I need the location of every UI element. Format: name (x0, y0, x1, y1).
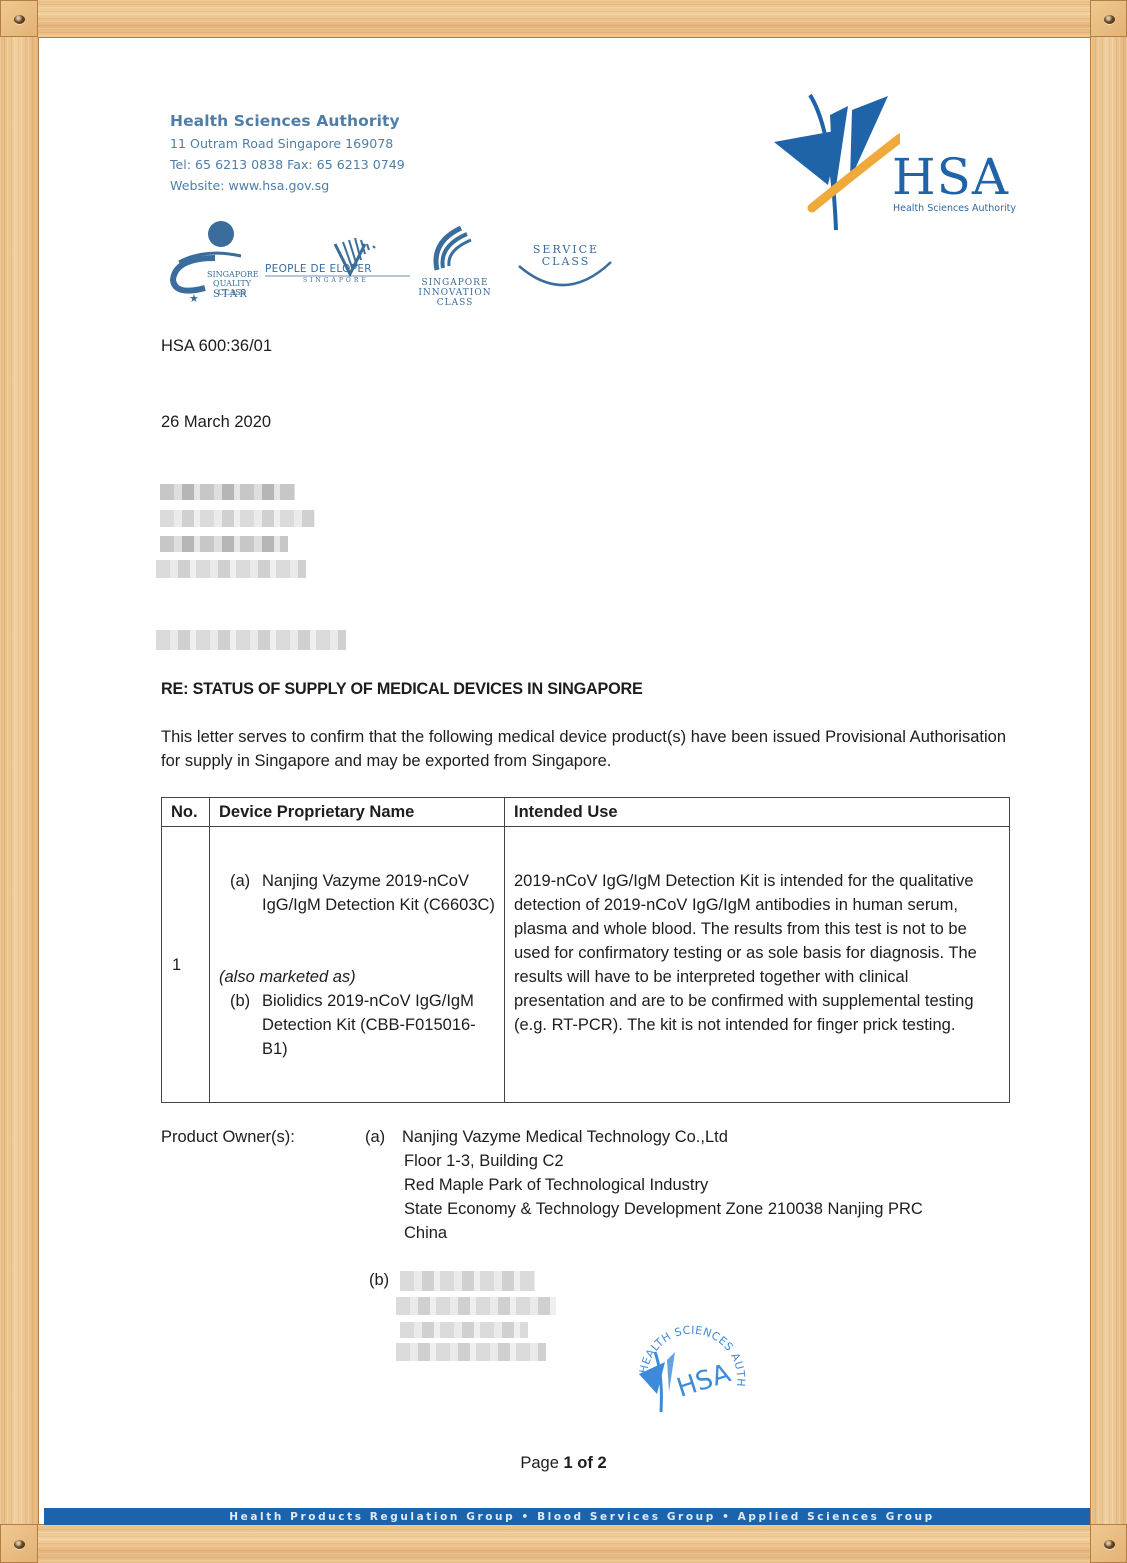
redacted-salutation (156, 630, 346, 650)
device-a-name: Nanjing Vazyme 2019-nCoV IgG/IgM Detecti… (262, 869, 497, 917)
frame-bottom (0, 1524, 1127, 1563)
current-page: 1 (564, 1454, 573, 1472)
owner-a-line: Nanjing Vazyme Medical Technology Co.,Lt… (402, 1125, 923, 1149)
letterhead-address: Health Sciences Authority 11 Outram Road… (170, 112, 405, 196)
also-marketed-as: (also marketed as) (219, 965, 356, 989)
award-service-class: SERVICE CLASS (515, 236, 615, 296)
frame-left (0, 37, 39, 1524)
owner-a-address: Nanjing Vazyme Medical Technology Co.,Lt… (402, 1125, 923, 1245)
product-owner-label: Product Owner(s): (161, 1125, 295, 1149)
total-pages: 2 (597, 1454, 606, 1472)
hsa-logo: HSA Health Sciences Authority (770, 90, 1020, 235)
column-header-intended-use: Intended Use (505, 798, 1010, 827)
award-people-developer: PEOPLE DE ELOPER SINGAPORE (265, 232, 410, 292)
device-a: (a) Nanjing Vazyme 2019-nCoV IgG/IgM Det… (230, 869, 497, 917)
owner-a-line: State Economy & Technology Development Z… (402, 1197, 923, 1221)
nail-icon (1104, 1540, 1115, 1549)
frame-corner (0, 0, 38, 37)
column-header-no: No. (162, 798, 210, 827)
frame-corner (0, 1524, 38, 1563)
letter-reference: HSA 600:36/01 (161, 334, 272, 358)
cell-intended-use: 2019-nCoV IgG/IgM Detection Kit is inten… (505, 827, 1010, 1103)
table-row: 1 (a) Nanjing Vazyme 2019-nCoV IgG/IgM D… (162, 827, 1010, 1103)
award-innovation-class: SINGAPORE INNOVATION CLASS (417, 222, 493, 306)
table-header-row: No. Device Proprietary Name Intended Use (162, 798, 1010, 827)
letter-date: 26 March 2020 (161, 410, 271, 434)
award-line: SERVICE CLASS (521, 244, 611, 268)
official-stamp: HEALTH SCIENCES AUTHORITY HSA (625, 1312, 755, 1427)
cell-number: 1 (162, 827, 210, 1103)
column-header-device-name: Device Proprietary Name (210, 798, 505, 827)
owner-b-label: (b) (369, 1268, 389, 1292)
award-line: PEOPLE DE ELOPER (265, 263, 372, 275)
owner-a-line: Floor 1-3, Building C2 (402, 1149, 923, 1173)
award-logos: ★ SINGAPORE QUALITY CLASS STAR PEOPLE DE… (165, 218, 625, 308)
device-b-label: (b) (230, 989, 262, 1061)
hsa-stamp-icon: HEALTH SCIENCES AUTHORITY HSA (625, 1312, 755, 1427)
nail-icon (1104, 15, 1115, 24)
hsa-logo-text: HSA (892, 152, 1009, 202)
award-quality-class-star: ★ SINGAPORE QUALITY CLASS STAR (165, 218, 257, 306)
footer-banner: Health Products Regulation Group • Blood… (44, 1508, 1090, 1525)
hsa-sail-icon (770, 90, 900, 235)
owner-a-label: (a) (365, 1125, 385, 1149)
org-address: 11 Outram Road Singapore 169078 (170, 133, 405, 154)
award-line: STAR (213, 289, 249, 300)
award-line: SINGAPORE INNOVATION CLASS (417, 278, 493, 308)
award-line: SINGAPORE (303, 277, 369, 284)
frame-right (1090, 37, 1127, 1524)
owner-a-line: China (402, 1221, 923, 1245)
hsa-logo-subtext: Health Sciences Authority (893, 203, 1016, 214)
org-name: Health Sciences Authority (170, 112, 405, 130)
frame-corner (1090, 0, 1127, 37)
svg-text:★: ★ (189, 292, 199, 305)
frame-top (0, 0, 1127, 38)
innovation-swoosh-icon (417, 222, 493, 277)
org-contact: Tel: 65 6213 0838 Fax: 65 6213 0749 (170, 154, 405, 175)
device-table: No. Device Proprietary Name Intended Use… (161, 797, 1010, 1103)
page-number: Page 1 of 2 (0, 1451, 1127, 1475)
frame-corner (1090, 1524, 1127, 1563)
nail-icon (14, 15, 25, 24)
nail-icon (14, 1540, 25, 1549)
device-b-name: Biolidics 2019-nCoV IgG/IgM Detection Ki… (262, 989, 497, 1061)
cell-device-name: (a) Nanjing Vazyme 2019-nCoV IgG/IgM Det… (210, 827, 505, 1103)
letter-intro: This letter serves to confirm that the f… (161, 725, 1006, 773)
org-website[interactable]: Website: www.hsa.gov.sg (170, 175, 405, 196)
owner-a-line: Red Maple Park of Technological Industry (402, 1173, 923, 1197)
device-b: (b) Biolidics 2019-nCoV IgG/IgM Detectio… (230, 989, 497, 1061)
letter-subject: RE: STATUS OF SUPPLY OF MEDICAL DEVICES … (161, 677, 643, 701)
device-a-label: (a) (230, 869, 262, 917)
stamp-center-text: HSA (673, 1358, 734, 1403)
